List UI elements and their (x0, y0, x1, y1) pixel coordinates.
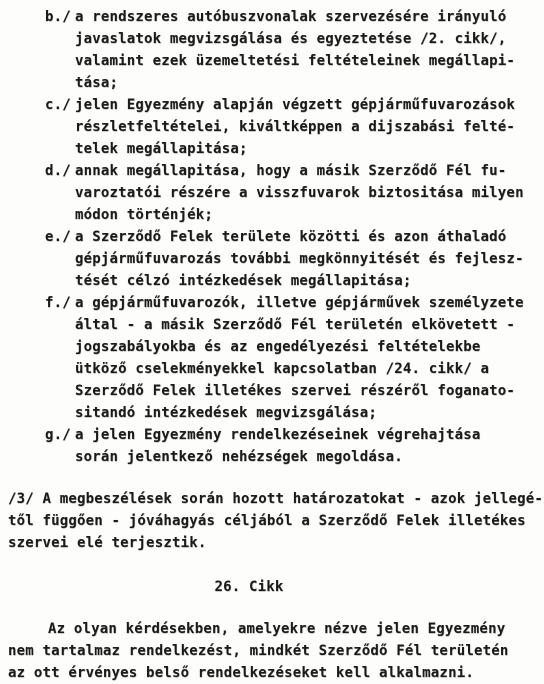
text-line: től függően - jóváhagyás céljából a Szer… (8, 510, 536, 532)
text-line: javaslatok megvizsgálása és egyeztetése … (75, 28, 536, 50)
text-line: az ott érvényes belső rendelkezéseket ke… (8, 662, 536, 684)
clause-label: d./ (45, 160, 71, 182)
list-item: d./annak megállapitása, hogy a másik Sze… (8, 160, 536, 226)
list-item: b./a rendszeres autóbuszvonalak szervezé… (8, 6, 536, 94)
text-line: Szerződő Felek illetékes szervei részérő… (75, 380, 536, 402)
text-line: annak megállapitása, hogy a másik Szerző… (75, 160, 536, 182)
list-item: g./a jelen Egyezmény rendelkezéseinek vé… (8, 424, 536, 468)
clause-text: annak megállapitása, hogy a másik Szerző… (75, 160, 536, 226)
text-line: valamint ezek üzemeltetési feltételeinek… (75, 50, 536, 72)
text-line: tését célzó intézkedések megállapitása; (75, 270, 536, 292)
text-line: gépjárműfuvarozás további megkönnyitését… (75, 248, 536, 270)
article-heading: 26. Cikk (0, 576, 513, 598)
clause-text: a gépjárműfuvarozók, illetve gépjárművek… (75, 292, 536, 424)
clause-text: jelen Egyezmény alapján végzett gépjármű… (75, 94, 536, 160)
document-page: b./a rendszeres autóbuszvonalak szervezé… (0, 0, 544, 684)
text-line: Az olyan kérdésekben, amelyekre nézve je… (8, 618, 536, 640)
clause-label: c./ (45, 94, 71, 116)
clause-text: a rendszeres autóbuszvonalak szervezésér… (75, 6, 536, 94)
paragraph-3: /3/ A megbeszélések során hozott határoz… (8, 488, 536, 554)
text-line: során jelentkező nehézségek megoldása. (75, 446, 536, 468)
text-line: nem tartalmaz rendelkezést, mindkét Szer… (8, 640, 536, 662)
text-line: a gépjárműfuvarozók, illetve gépjárművek… (75, 292, 536, 314)
text-line: módon történjék; (75, 204, 536, 226)
text-line: által - a másik Szerződő Fél területén e… (75, 314, 536, 336)
text-line: tása; (75, 72, 536, 94)
clause-text: a jelen Egyezmény rendelkezéseinek végre… (75, 424, 536, 468)
clause-list: b./a rendszeres autóbuszvonalak szervezé… (8, 6, 536, 468)
clause-label: e./ (45, 226, 71, 248)
clause-text: a Szerződő Felek területe közötti és azo… (75, 226, 536, 292)
text-line: a jelen Egyezmény rendelkezéseinek végre… (75, 424, 536, 446)
list-item: f./a gépjárműfuvarozók, illetve gépjármű… (8, 292, 536, 424)
text-line: szervei elé terjesztik. (8, 532, 536, 554)
text-line: jelen Egyezmény alapján végzett gépjármű… (75, 94, 536, 116)
text-line: a Szerződő Felek területe közötti és azo… (75, 226, 536, 248)
text-line: sitandó intézkedések megvizsgálása; (75, 402, 536, 424)
closing-paragraph: Az olyan kérdésekben, amelyekre nézve je… (8, 618, 536, 684)
clause-label: g./ (45, 424, 71, 446)
text-line: telek megállapitása; (75, 138, 536, 160)
list-item: e./a Szerződő Felek területe közötti és … (8, 226, 536, 292)
clause-label: f./ (45, 292, 71, 314)
text-line: jogszabályokba és az engedélyezési felté… (75, 336, 536, 358)
text-line: ütköző cselekményekkel kapcsolatban /24.… (75, 358, 536, 380)
text-line: varoztatói részére a visszfuvarok biztos… (75, 182, 536, 204)
text-line: részletfeltételei, kiváltképpen a dijsza… (75, 116, 536, 138)
text-line: /3/ A megbeszélések során hozott határoz… (8, 488, 536, 510)
text-line: a rendszeres autóbuszvonalak szervezésér… (75, 6, 536, 28)
clause-label: b./ (45, 6, 71, 28)
list-item: c./jelen Egyezmény alapján végzett gépjá… (8, 94, 536, 160)
